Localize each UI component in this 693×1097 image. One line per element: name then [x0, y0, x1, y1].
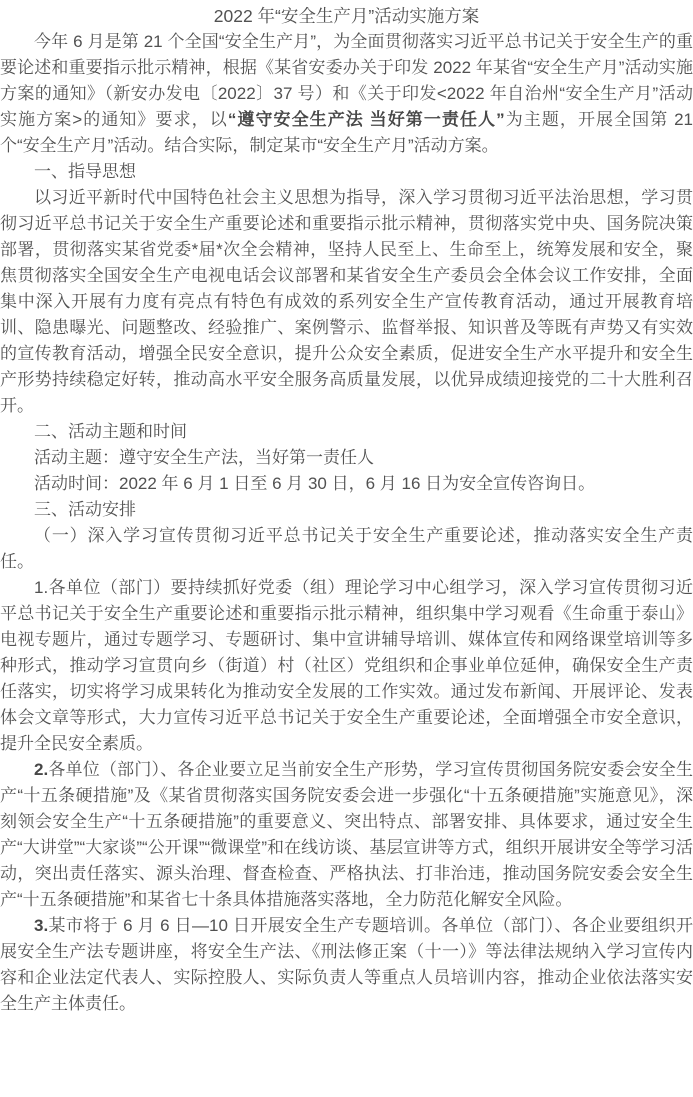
- item-3-paragraph: 3.某市将于 6 月 6 日—10 日开展安全生产专题培训。各单位（部门）、各企…: [0, 913, 693, 1017]
- document: 2022 年“安全生产月”活动实施方案 今年 6 月是第 21 个全国“安全生产…: [0, 0, 693, 1097]
- heading-1: 一、指导思想: [0, 159, 693, 185]
- text-run: 1.各单位（部门）要持续抓好党委（组）理论学习中心组学习，深入学习宣传贯彻习近平…: [0, 578, 693, 753]
- text-run: 3.: [34, 916, 48, 935]
- text-run: 一、指导思想: [34, 162, 136, 181]
- text-run: 以习近平新时代中国特色社会主义思想为指导，深入学习贯彻习近平法治思想，学习贯彻习…: [0, 188, 693, 415]
- text-run: 活动时间：2022 年 6 月 1 日至 6 月 30 日，6 月 16 日为安…: [34, 474, 595, 493]
- text-run: 某市将于 6 月 6 日—10 日开展安全生产专题培训。各单位（部门）、各企业要…: [0, 916, 693, 1013]
- text-run: 二、活动主题和时间: [34, 422, 187, 441]
- text-run: 各单位（部门）、各企业要立足当前安全生产形势，学习宣传贯彻国务院安委会安全生产“…: [0, 760, 693, 909]
- text-run: 2.: [34, 760, 48, 779]
- intro-paragraph: 今年 6 月是第 21 个全国“安全生产月”，为全面贯彻落实习近平总书记关于安全…: [0, 29, 693, 159]
- guiding-ideology-paragraph: 以习近平新时代中国特色社会主义思想为指导，深入学习贯彻习近平法治思想，学习贯彻习…: [0, 185, 693, 419]
- heading-2: 二、活动主题和时间: [0, 419, 693, 445]
- document-title: 2022 年“安全生产月”活动实施方案: [0, 3, 693, 29]
- text-run: 活动主题：遵守安全生产法，当好第一责任人: [34, 448, 374, 467]
- item-2-paragraph: 2.各单位（部门）、各企业要立足当前安全生产形势，学习宣传贯彻国务院安委会安全生…: [0, 757, 693, 913]
- heading-3: 三、活动安排: [0, 497, 693, 523]
- section-1-title-paragraph: （一）深入学习宣传贯彻习近平总书记关于安全生产重要论述，推动落实安全生产责任。: [0, 523, 693, 575]
- text-run: “遵守安全生产法 当好第一责任人”: [228, 110, 505, 129]
- document-paragraphs: 今年 6 月是第 21 个全国“安全生产月”，为全面贯彻落实习近平总书记关于安全…: [0, 29, 693, 1017]
- item-1-paragraph: 1.各单位（部门）要持续抓好党委（组）理论学习中心组学习，深入学习宣传贯彻习近平…: [0, 575, 693, 757]
- text-run: （一）深入学习宣传贯彻习近平总书记关于安全生产重要论述，推动落实安全生产责任。: [0, 526, 693, 571]
- activity-time-line: 活动时间：2022 年 6 月 1 日至 6 月 30 日，6 月 16 日为安…: [0, 471, 693, 497]
- text-run: 三、活动安排: [34, 500, 136, 519]
- activity-theme-line: 活动主题：遵守安全生产法，当好第一责任人: [0, 445, 693, 471]
